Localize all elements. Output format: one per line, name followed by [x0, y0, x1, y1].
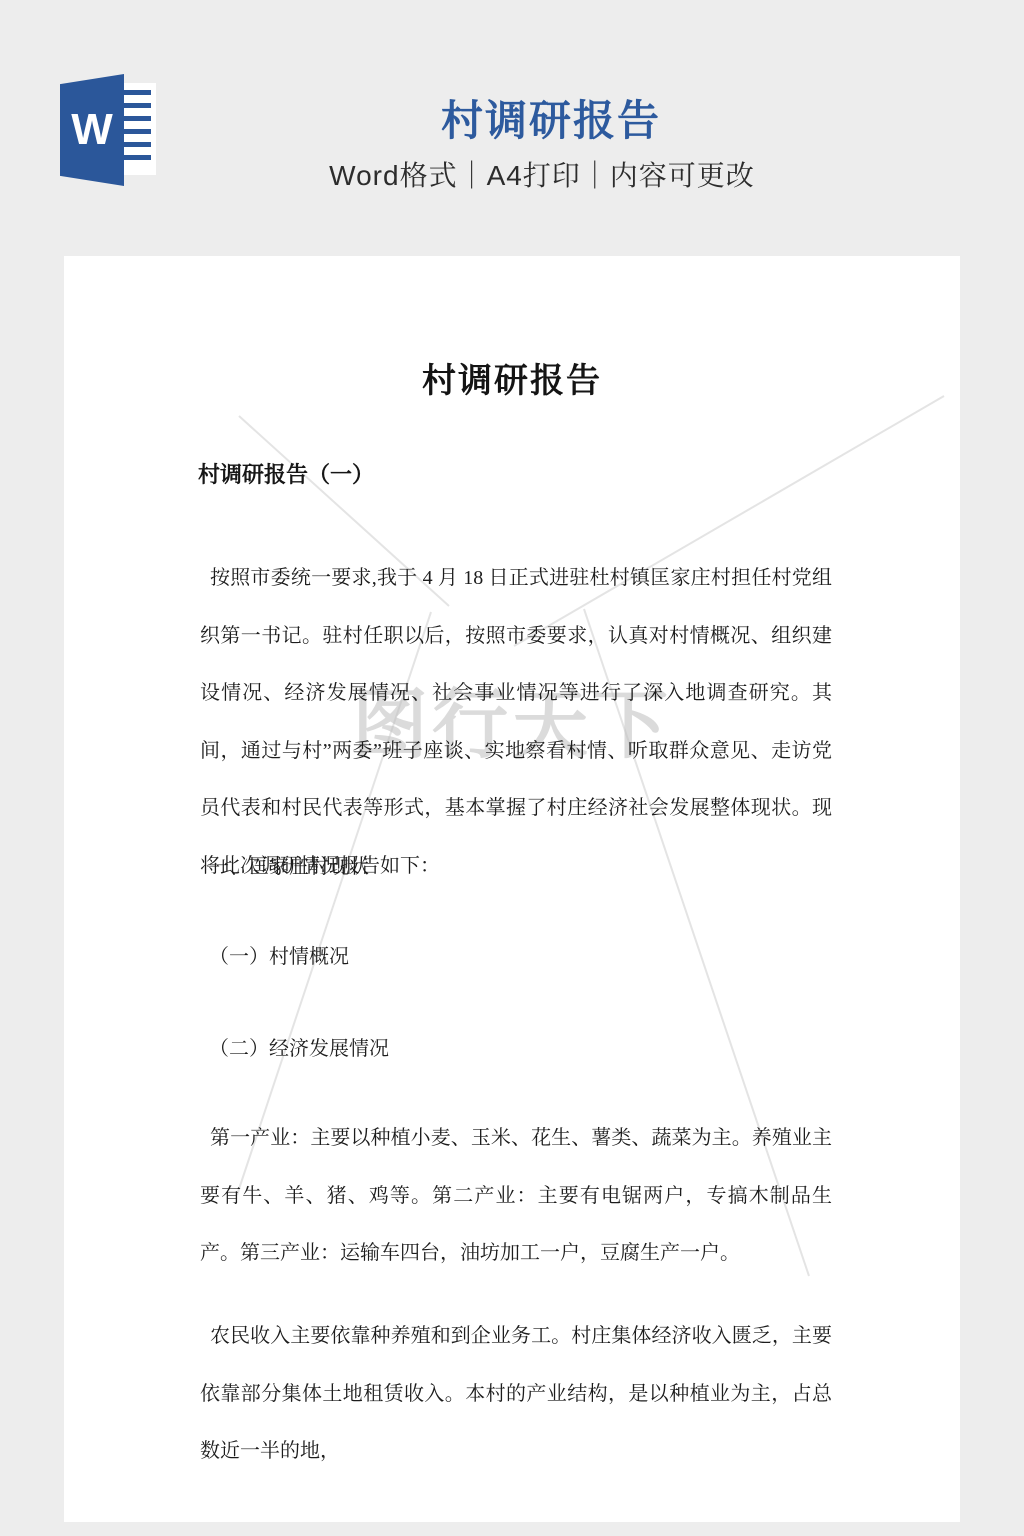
header-title: 村调研报告	[78, 88, 1024, 148]
paragraph-intro: 按照市委统一要求,我于 4 月 18 日正式进驻杜村镇匡家庄村担任村党组织第一书…	[200, 550, 832, 895]
section-heading-1: 一、匡家庄村现状	[209, 852, 369, 882]
doc-heading: 村调研报告（一）	[198, 460, 374, 490]
section-heading-1-1: （一）村情概况	[209, 942, 349, 972]
paragraph-industry: 第一产业：主要以种植小麦、玉米、花生、薯类、蔬菜为主。养殖业主要有牛、羊、猪、鸡…	[200, 1110, 832, 1283]
document-page: 图行天下 村调研报告 村调研报告（一） 按照市委统一要求,我于 4 月 18 日…	[64, 256, 960, 1522]
doc-title: 村调研报告	[64, 360, 960, 404]
header-subtitle: Word格式｜A4打印｜内容可更改	[60, 154, 1024, 194]
section-heading-1-2: （二）经济发展情况	[209, 1034, 389, 1064]
header: W 村调研报告 Word格式｜A4打印｜内容可更改	[0, 0, 1024, 256]
paragraph-income: 农民收入主要依靠种养殖和到企业务工。村庄集体经济收入匮乏，主要依靠部分集体土地租…	[200, 1308, 832, 1481]
